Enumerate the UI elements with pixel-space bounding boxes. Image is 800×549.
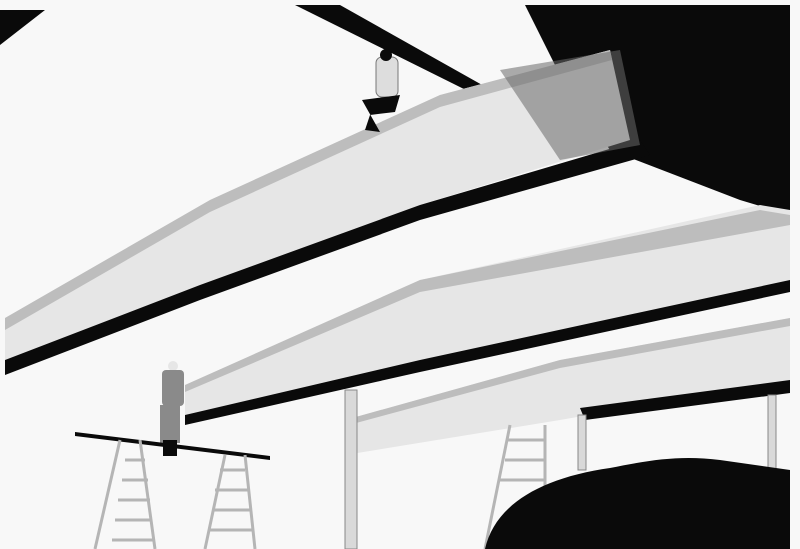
- construction-photo: [0, 0, 800, 549]
- steel-column-mid: [578, 415, 586, 470]
- steel-column-right: [768, 395, 776, 470]
- photo-canvas: [0, 0, 800, 549]
- steel-column-left: [345, 390, 357, 549]
